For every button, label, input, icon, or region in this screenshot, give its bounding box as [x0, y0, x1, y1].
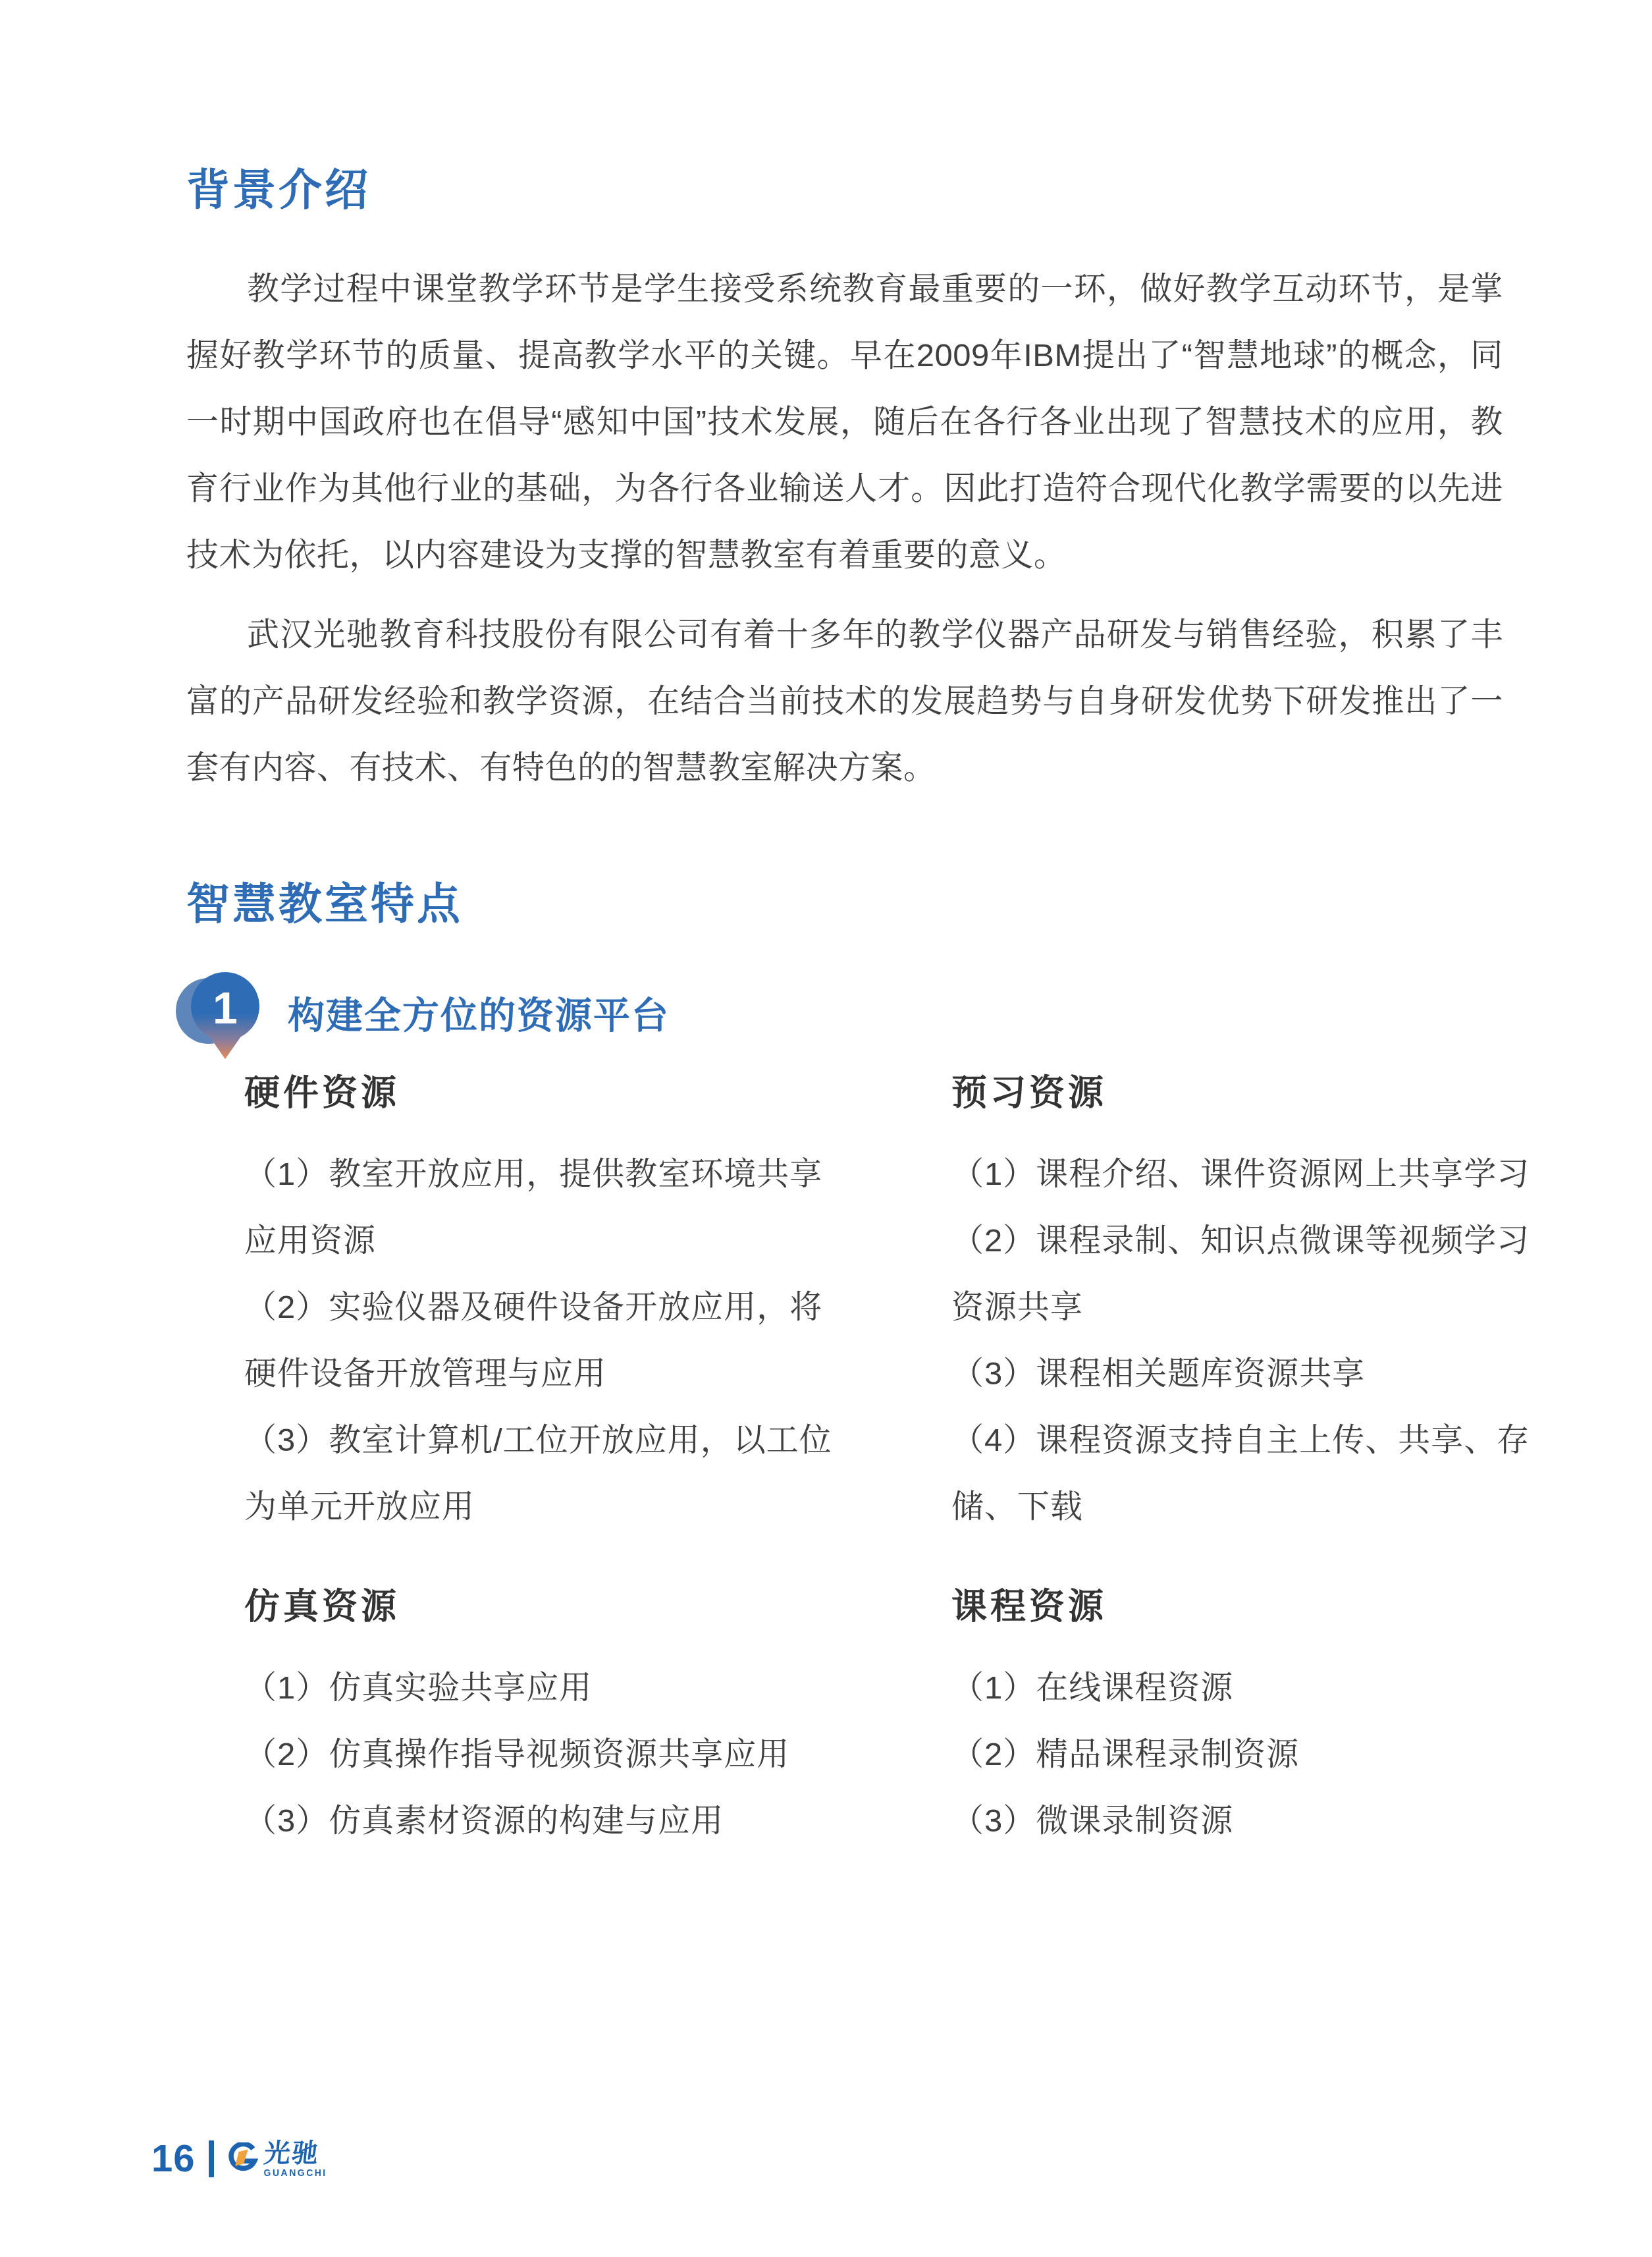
page-number: 16	[151, 2138, 196, 2180]
guangchi-logo-icon	[226, 2142, 259, 2175]
resource-group-title: 预习资源	[951, 1074, 1616, 1113]
svg-text:1: 1	[213, 983, 238, 1033]
resource-line: （3）微课录制资源	[951, 1785, 1616, 1851]
resource-line: （3）教室计算机/工位开放应用，以工位	[244, 1404, 942, 1471]
document-page: 背景介绍 教学过程中课堂教学环节是学生接受系统教育最重要的一环，做好教学互动环节…	[0, 0, 1652, 2257]
resource-line: 资源共享	[951, 1271, 1616, 1338]
resource-line: （1）教室开放应用，提供教室环境共享	[244, 1138, 942, 1205]
footer-divider	[209, 2140, 214, 2177]
resource-group-title: 仿真资源	[244, 1587, 969, 1627]
guangchi-logo-text: 光驰	[262, 2140, 328, 2167]
resource-line: （1）在线课程资源	[951, 1652, 1616, 1718]
resource-line: 为单元开放应用	[244, 1471, 942, 1537]
resource-group-lines: （1）在线课程资源 （2）精品课程录制资源 （3）微课录制资源	[951, 1652, 1616, 1851]
resource-group-title: 课程资源	[951, 1587, 1616, 1627]
resource-line: （3）课程相关题库资源共享	[951, 1338, 1616, 1404]
page-footer: 16 光驰 GUANGCHI	[151, 2138, 327, 2180]
section-title-features: 智慧教室特点	[186, 880, 463, 928]
resource-line: （2）课程录制、知识点微课等视频学习	[951, 1205, 1616, 1271]
resource-group-hardware: 硬件资源 （1）教室开放应用，提供教室环境共享 应用资源 （2）实验仪器及硬件设…	[244, 1074, 942, 1537]
section-title-background: 背景介绍	[186, 166, 371, 214]
number-1-pin-icon: 1	[173, 968, 271, 1067]
intro-paragraph-2: 武汉光驰教育科技股份有限公司有着十多年的教学仪器产品研发与销售经验，积累了丰富的…	[186, 602, 1503, 802]
resource-line: 应用资源	[244, 1205, 942, 1271]
resource-line: （2）精品课程录制资源	[951, 1718, 1616, 1785]
resource-line: （1）仿真实验共享应用	[244, 1652, 969, 1718]
guangchi-logo-subtext: GUANGCHI	[264, 2167, 327, 2178]
resource-line: （2）仿真操作指导视频资源共享应用	[244, 1718, 969, 1785]
resource-group-preview: 预习资源 （1）课程介绍、课件资源网上共享学习 （2）课程录制、知识点微课等视频…	[951, 1074, 1616, 1537]
resource-group-lines: （1）仿真实验共享应用 （2）仿真操作指导视频资源共享应用 （3）仿真素材资源的…	[244, 1652, 969, 1851]
resource-group-title: 硬件资源	[244, 1074, 942, 1113]
feature-1-title: 构建全方位的资源平台	[288, 987, 670, 1039]
resource-group-lines: （1）课程介绍、课件资源网上共享学习 （2）课程录制、知识点微课等视频学习 资源…	[951, 1138, 1616, 1537]
resource-line: （3）仿真素材资源的构建与应用	[244, 1785, 969, 1851]
resource-line: （2）实验仪器及硬件设备开放应用，将	[244, 1271, 942, 1338]
resource-line: （1）课程介绍、课件资源网上共享学习	[951, 1138, 1616, 1205]
resource-line: 硬件设备开放管理与应用	[244, 1338, 942, 1404]
feature-1-header: 1 构建全方位的资源平台	[173, 968, 963, 1067]
guangchi-logo-text-stack: 光驰 GUANGCHI	[264, 2140, 327, 2178]
resource-group-lines: （1）教室开放应用，提供教室环境共享 应用资源 （2）实验仪器及硬件设备开放应用…	[244, 1138, 942, 1537]
resource-group-course: 课程资源 （1）在线课程资源 （2）精品课程录制资源 （3）微课录制资源	[951, 1587, 1616, 1851]
resource-line: （4）课程资源支持自主上传、共享、存	[951, 1404, 1616, 1471]
intro-paragraph-1: 教学过程中课堂教学环节是学生接受系统教育最重要的一环，做好教学互动环节，是掌握好…	[186, 256, 1503, 589]
resource-line: 储、下载	[951, 1471, 1616, 1537]
resource-group-simulation: 仿真资源 （1）仿真实验共享应用 （2）仿真操作指导视频资源共享应用 （3）仿真…	[244, 1587, 969, 1851]
